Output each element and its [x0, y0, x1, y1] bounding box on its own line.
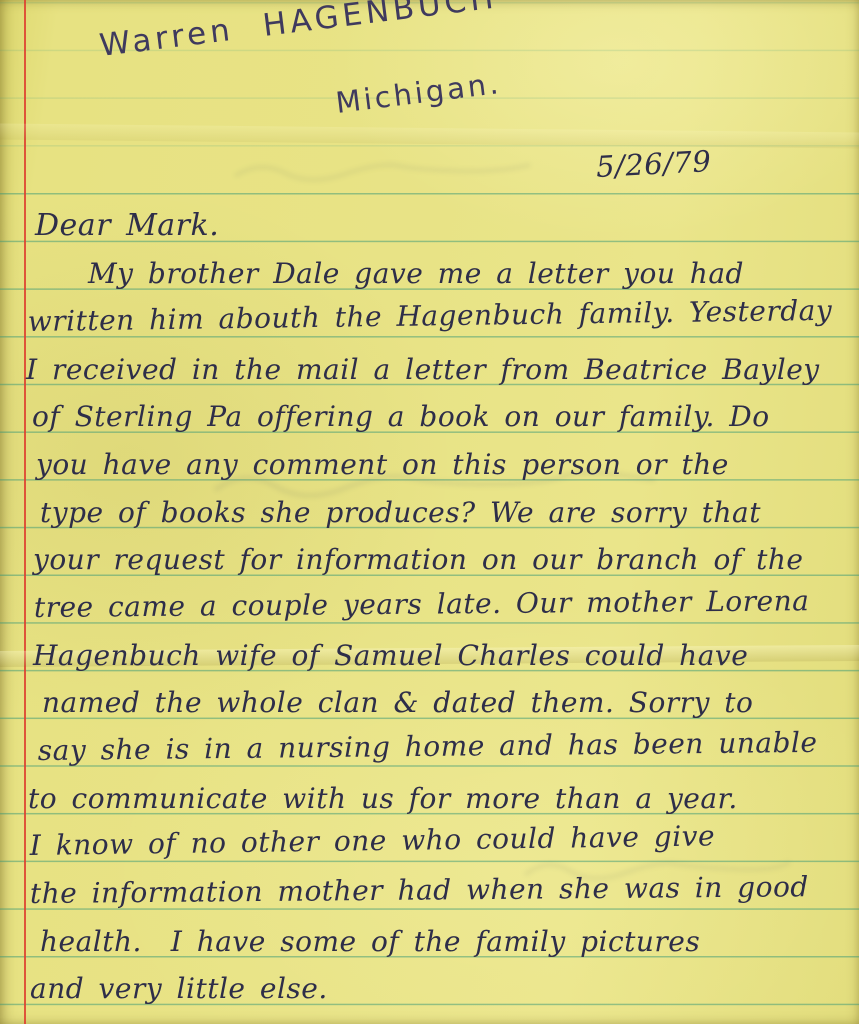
body-line: tree came a couple years late. Our mothe… [34, 584, 810, 624]
body-line: named the whole clan & dated them. Sorry… [42, 686, 753, 719]
body-line: of Sterling Pa offering a book on our fa… [32, 400, 770, 433]
body-line: say she is in a nursing home and has bee… [38, 726, 818, 767]
body-line: your request for information on our bran… [33, 543, 803, 576]
body-line: and very little else. [30, 972, 328, 1005]
header-location: Michigan. [334, 66, 503, 120]
body-line: you have any comment on this person or t… [36, 448, 729, 481]
letter-date: 5/26/79 [595, 144, 712, 184]
body-line: Hagenbuch wife of Samuel Charles could h… [33, 639, 748, 672]
body-line: written him abouth the Hagenbuch family.… [28, 294, 833, 338]
body-line: health. I have some of the family pictur… [40, 925, 700, 958]
body-line: type of books she produces? We are sorry… [40, 496, 761, 529]
salutation: Dear Mark. [35, 208, 219, 243]
body-line: I know of no other one who could have gi… [30, 819, 716, 862]
body-line: I received in the mail a letter from Bea… [26, 353, 820, 386]
header-name: Warren HAGENBUCH [98, 0, 500, 64]
bleed-through-smudge [230, 150, 560, 195]
body-line: My brother Dale gave me a letter you had [88, 257, 744, 290]
paper-crease [0, 124, 859, 149]
red-margin-line [24, 0, 26, 1024]
body-line: to communicate with us for more than a y… [28, 782, 738, 815]
body-line: the information mother had when she was … [30, 870, 809, 910]
letter-page: Warren HAGENBUCH Michigan. 5/26/79 Dear … [0, 0, 859, 1024]
